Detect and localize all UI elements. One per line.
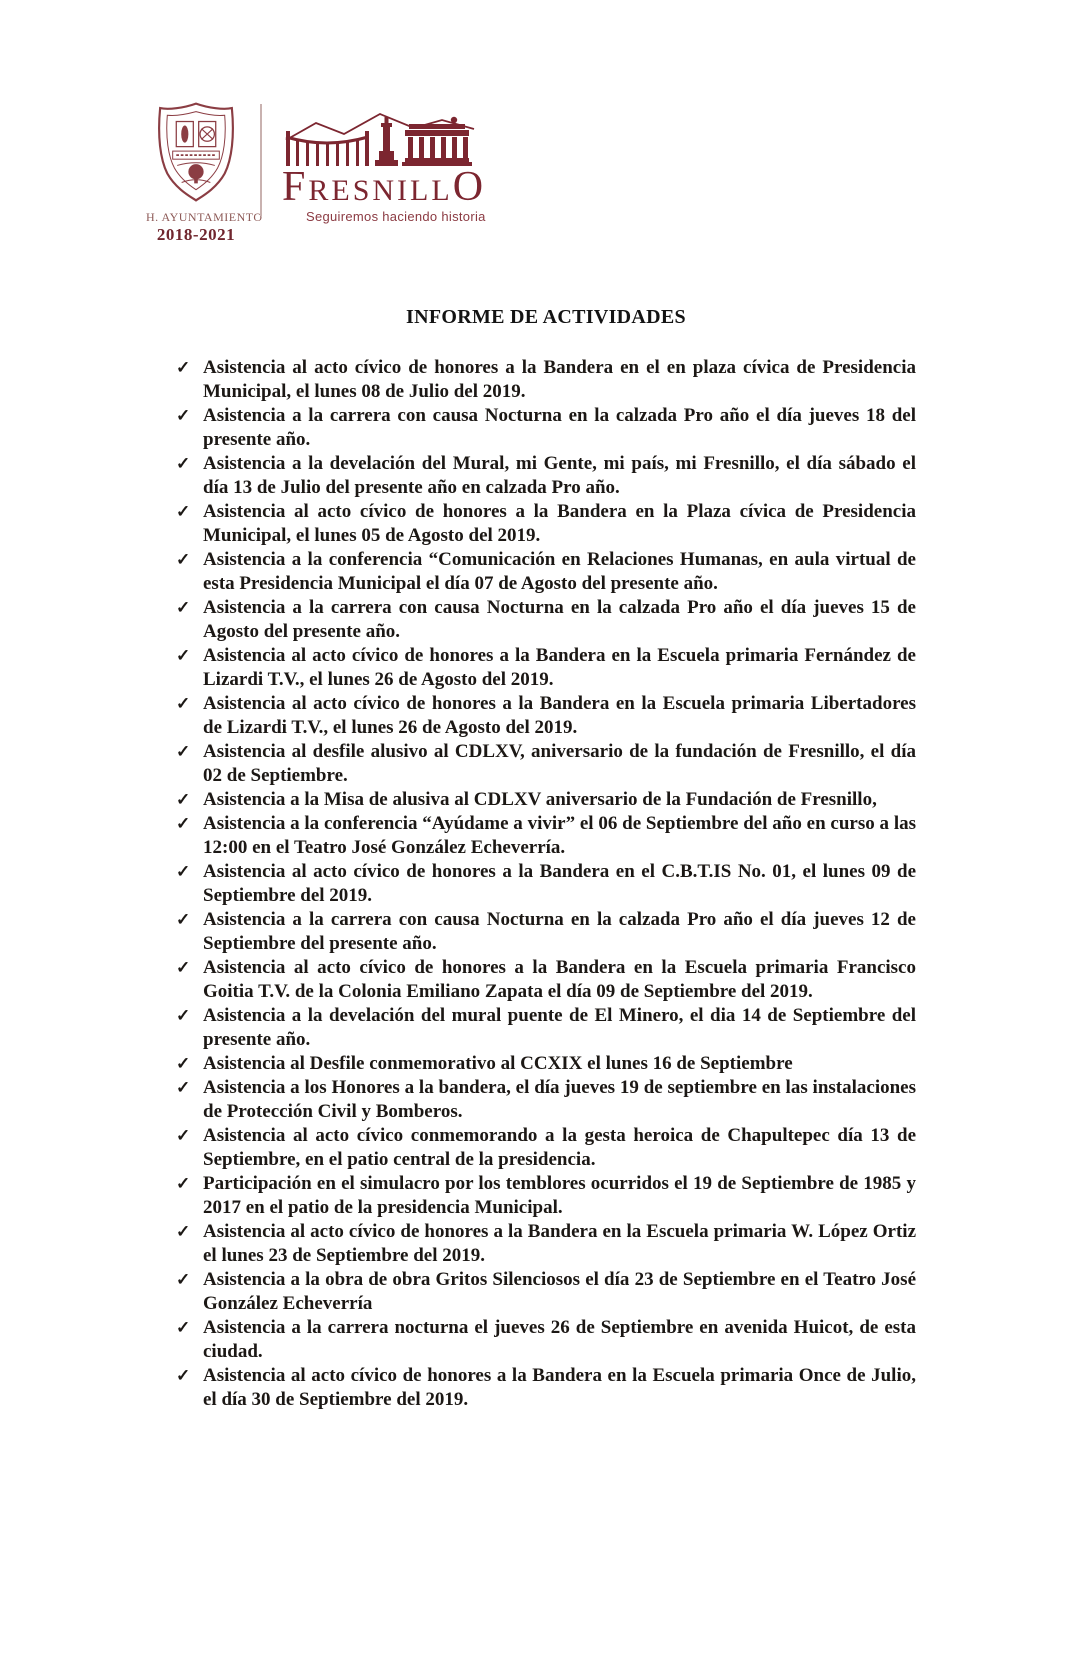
checkmark-icon: ✓ xyxy=(176,956,190,980)
checkmark-icon: ✓ xyxy=(176,1004,190,1028)
list-item: ✓ Asistencia a la carrera con causa Noct… xyxy=(176,404,916,452)
list-item-text: Asistencia a la carrera con causa Noctur… xyxy=(203,405,916,450)
list-item: ✓ Asistencia al acto cívico de honores a… xyxy=(176,1220,916,1268)
list-item: ✓ Asistencia al acto cívico de honores a… xyxy=(176,692,916,740)
list-item: ✓ Asistencia al acto cívico de honores a… xyxy=(176,1364,916,1412)
document-page: H. AYUNTAMIENTO 2018-2021 xyxy=(0,0,1088,1664)
list-item: ✓ Asistencia a la develación del mural p… xyxy=(176,1004,916,1052)
checkmark-icon: ✓ xyxy=(176,644,190,668)
list-item-text: Asistencia a la conferencia “Ayúdame a v… xyxy=(203,813,916,858)
list-item-text: Asistencia a la Misa de alusiva al CDLXV… xyxy=(203,789,877,810)
checkmark-icon: ✓ xyxy=(176,404,190,428)
checkmark-icon: ✓ xyxy=(176,1076,190,1100)
checkmark-icon: ✓ xyxy=(176,452,190,476)
header-divider xyxy=(260,104,262,216)
document-content: INFORME DE ACTIVIDADES ✓ Asistencia al a… xyxy=(176,306,916,1412)
checkmark-icon: ✓ xyxy=(176,1052,190,1076)
list-item-text: Asistencia al acto cívico de honores a l… xyxy=(203,1365,916,1410)
checkmark-icon: ✓ xyxy=(176,908,190,932)
page-title: INFORME DE ACTIVIDADES xyxy=(176,306,916,329)
list-item-text: Asistencia al acto cívico conmemorando a… xyxy=(203,1125,916,1170)
crest-logo: H. AYUNTAMIENTO 2018-2021 xyxy=(146,100,246,245)
checkmark-icon: ✓ xyxy=(176,692,190,716)
list-item: ✓ Asistencia a la Misa de alusiva al CDL… xyxy=(176,788,916,812)
coat-of-arms-icon xyxy=(150,100,242,204)
checkmark-icon: ✓ xyxy=(176,740,190,764)
list-item-text: Asistencia al acto cívico de honores a l… xyxy=(203,861,916,906)
list-item: ✓ Asistencia a la carrera con causa Noct… xyxy=(176,596,916,644)
list-item: ✓ Asistencia a los Honores a la bandera,… xyxy=(176,1076,916,1124)
list-item: ✓ Asistencia a la conferencia “Ayúdame a… xyxy=(176,812,916,860)
checkmark-icon: ✓ xyxy=(176,356,190,380)
list-item-text: Asistencia a los Honores a la bandera, e… xyxy=(203,1077,916,1122)
list-item: ✓ Asistencia al acto cívico conmemorando… xyxy=(176,1124,916,1172)
list-item: ✓ Asistencia al Desfile conmemorativo al… xyxy=(176,1052,916,1076)
list-item: ✓ Asistencia al acto cívico de honores a… xyxy=(176,500,916,548)
list-item: ✓ Asistencia al acto cívico de honores a… xyxy=(176,356,916,404)
checkmark-icon: ✓ xyxy=(176,788,190,812)
list-item-text: Asistencia al acto cívico de honores a l… xyxy=(203,1221,916,1266)
list-item: ✓ Asistencia a la conferencia “Comunicac… xyxy=(176,548,916,596)
brand-name-mid: RESNILL xyxy=(308,174,452,207)
brand-name-last: O xyxy=(453,164,486,210)
list-item-text: Asistencia a la obra de obra Gritos Sile… xyxy=(203,1269,916,1314)
list-item-text: Asistencia a la develación del Mural, mi… xyxy=(203,453,916,498)
brand-tagline: Seguiremos haciendo historia xyxy=(306,209,492,224)
list-item-text: Asistencia a la develación del mural pue… xyxy=(203,1005,916,1050)
checkmark-icon: ✓ xyxy=(176,860,190,884)
list-item-text: Asistencia al acto cívico de honores a l… xyxy=(203,357,916,402)
checkmark-icon: ✓ xyxy=(176,1268,190,1292)
checkmark-icon: ✓ xyxy=(176,1124,190,1148)
brand-name-first: F xyxy=(282,164,308,210)
list-item: ✓ Asistencia a la carrera con causa Noct… xyxy=(176,908,916,956)
list-item: ✓ Asistencia al acto cívico de honores a… xyxy=(176,860,916,908)
list-item-text: Asistencia al desfile alusivo al CDLXV, … xyxy=(203,741,916,786)
activity-list: ✓ Asistencia al acto cívico de honores a… xyxy=(176,356,916,1412)
list-item-text: Asistencia a la carrera con causa Noctur… xyxy=(203,909,916,954)
checkmark-icon: ✓ xyxy=(176,548,190,572)
list-item-text: Asistencia al acto cívico de honores a l… xyxy=(203,957,916,1002)
list-item-text: Asistencia a la carrera con causa Noctur… xyxy=(203,597,916,642)
list-item-text: Asistencia al Desfile conmemorativo al C… xyxy=(203,1053,793,1074)
list-item-text: Asistencia a la carrera nocturna el juev… xyxy=(203,1317,916,1362)
checkmark-icon: ✓ xyxy=(176,812,190,836)
checkmark-icon: ✓ xyxy=(176,1364,190,1388)
checkmark-icon: ✓ xyxy=(176,1316,190,1340)
crest-years: 2018-2021 xyxy=(146,225,246,245)
list-item-text: Asistencia al acto cívico de honores a l… xyxy=(203,693,916,738)
skyline-icon xyxy=(282,110,478,168)
list-item-text: Asistencia al acto cívico de honores a l… xyxy=(203,645,916,690)
brand-name: FRESNILLO xyxy=(282,166,492,208)
list-item: ✓ Asistencia a la carrera nocturna el ju… xyxy=(176,1316,916,1364)
fresnillo-logo: FRESNILLO Seguiremos haciendo historia xyxy=(282,110,492,224)
crest-label: H. AYUNTAMIENTO xyxy=(146,210,246,225)
list-item: ✓ Asistencia al desfile alusivo al CDLXV… xyxy=(176,740,916,788)
list-item: ✓ Asistencia a la obra de obra Gritos Si… xyxy=(176,1268,916,1316)
checkmark-icon: ✓ xyxy=(176,1220,190,1244)
list-item: ✓ Participación en el simulacro por los … xyxy=(176,1172,916,1220)
checkmark-icon: ✓ xyxy=(176,596,190,620)
list-item: ✓ Asistencia al acto cívico de honores a… xyxy=(176,956,916,1004)
checkmark-icon: ✓ xyxy=(176,1172,190,1196)
list-item-text: Participación en el simulacro por los te… xyxy=(203,1173,916,1218)
list-item: ✓ Asistencia al acto cívico de honores a… xyxy=(176,644,916,692)
checkmark-icon: ✓ xyxy=(176,500,190,524)
list-item-text: Asistencia al acto cívico de honores a l… xyxy=(203,501,916,546)
list-item-text: Asistencia a la conferencia “Comunicació… xyxy=(203,549,916,594)
list-item: ✓ Asistencia a la develación del Mural, … xyxy=(176,452,916,500)
